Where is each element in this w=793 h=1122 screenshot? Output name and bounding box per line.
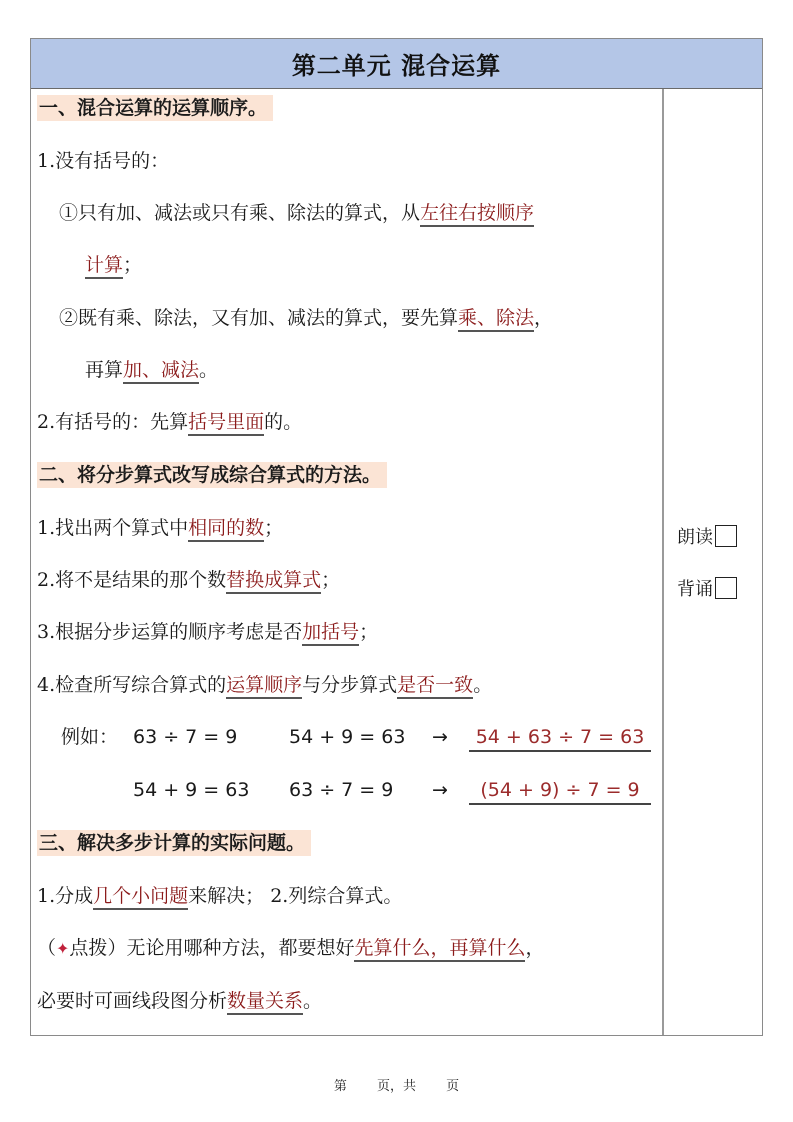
example-label: 例如： bbox=[61, 726, 118, 748]
no-brackets-label: 1.没有括号的： bbox=[37, 148, 169, 174]
rule-1-cont: 计算； bbox=[85, 252, 142, 278]
arrow-icon: → bbox=[432, 724, 448, 750]
rule-2: ②既有乘、除法，又有加、减法的算式，要先算乘、除法， bbox=[59, 305, 553, 331]
step-3: 3.根据分步运算的顺序考虑是否加括号； bbox=[37, 619, 378, 645]
step-1: 1.找出两个算式中相同的数； bbox=[37, 515, 283, 541]
keyword: 括号里面 bbox=[188, 411, 264, 436]
study-sheet: 第二单元 混合运算 一、混合运算的运算顺序。 1.没有括号的： ①只有加、减法或… bbox=[30, 38, 763, 1036]
keyword: 乘、除法 bbox=[458, 307, 534, 332]
sparkle-icon: ✦ bbox=[56, 939, 69, 958]
checkbox[interactable] bbox=[715, 525, 737, 547]
problem-steps: 1.分成几个小问题来解决； 2.列综合算式。 bbox=[37, 883, 402, 909]
with-brackets: 2.有括号的：先算括号里面的。 bbox=[37, 409, 302, 435]
example-1-eq2: 54 + 9 = 63 bbox=[289, 724, 405, 750]
example-2-eq2: 63 ÷ 7 = 9 bbox=[289, 777, 393, 803]
example-2-eq1: 54 + 9 = 63 bbox=[133, 777, 249, 803]
checkbox[interactable] bbox=[715, 577, 737, 599]
keyword: 先算什么，再算什么 bbox=[354, 937, 525, 962]
keyword: 是否一致 bbox=[397, 674, 473, 699]
page-footer: 第 页，共 页 bbox=[0, 1075, 793, 1094]
read-aloud-check[interactable]: 朗读 bbox=[677, 523, 737, 549]
section-2-title: 二、将分步算式改写成综合算式的方法。 bbox=[37, 462, 387, 488]
keyword: 几个小问题 bbox=[93, 885, 188, 910]
keyword: 替换成算式 bbox=[226, 569, 321, 594]
content-column: 一、混合运算的运算顺序。 1.没有括号的： ①只有加、减法或只有乘、除法的算式，… bbox=[31, 89, 664, 1035]
keyword: 加、减法 bbox=[123, 359, 199, 384]
arrow-icon: → bbox=[432, 777, 448, 803]
tip: （✦点拨）无论用哪种方法，都要想好先算什么，再算什么， bbox=[37, 935, 545, 962]
unit-header: 第二单元 混合运算 bbox=[31, 39, 762, 89]
step-2: 2.将不是结果的那个数替换成算式； bbox=[37, 567, 340, 593]
example-1-eq1: 63 ÷ 7 = 9 bbox=[133, 724, 237, 750]
step-4: 4.检查所写综合算式的运算顺序与分步算式是否一致。 bbox=[37, 672, 492, 698]
keyword: 数量关系 bbox=[227, 990, 303, 1015]
section-1-title: 一、混合运算的运算顺序。 bbox=[37, 95, 273, 121]
example-1: 例如： bbox=[61, 724, 118, 750]
checklist-column: 朗读 背诵 bbox=[664, 89, 762, 1035]
rule-2-cont: 再算加、减法。 bbox=[85, 357, 218, 383]
example-2-answer: (54 + 9) ÷ 7 = 9 bbox=[469, 777, 651, 805]
keyword: 运算顺序 bbox=[226, 674, 302, 699]
recite-check[interactable]: 背诵 bbox=[677, 575, 737, 601]
keyword: 相同的数 bbox=[188, 517, 264, 542]
keyword: 计算 bbox=[85, 254, 123, 279]
page-title: 第二单元 混合运算 bbox=[292, 46, 501, 81]
section-3-title: 三、解决多步计算的实际问题。 bbox=[37, 830, 311, 856]
rule-1: ①只有加、减法或只有乘、除法的算式，从左往右按顺序 bbox=[59, 200, 534, 226]
example-1-answer: 54 + 63 ÷ 7 = 63 bbox=[469, 724, 651, 752]
keyword: 加括号 bbox=[302, 621, 359, 646]
tip-cont: 必要时可画线段图分析数量关系。 bbox=[37, 988, 322, 1014]
keyword: 左往右按顺序 bbox=[420, 202, 534, 227]
